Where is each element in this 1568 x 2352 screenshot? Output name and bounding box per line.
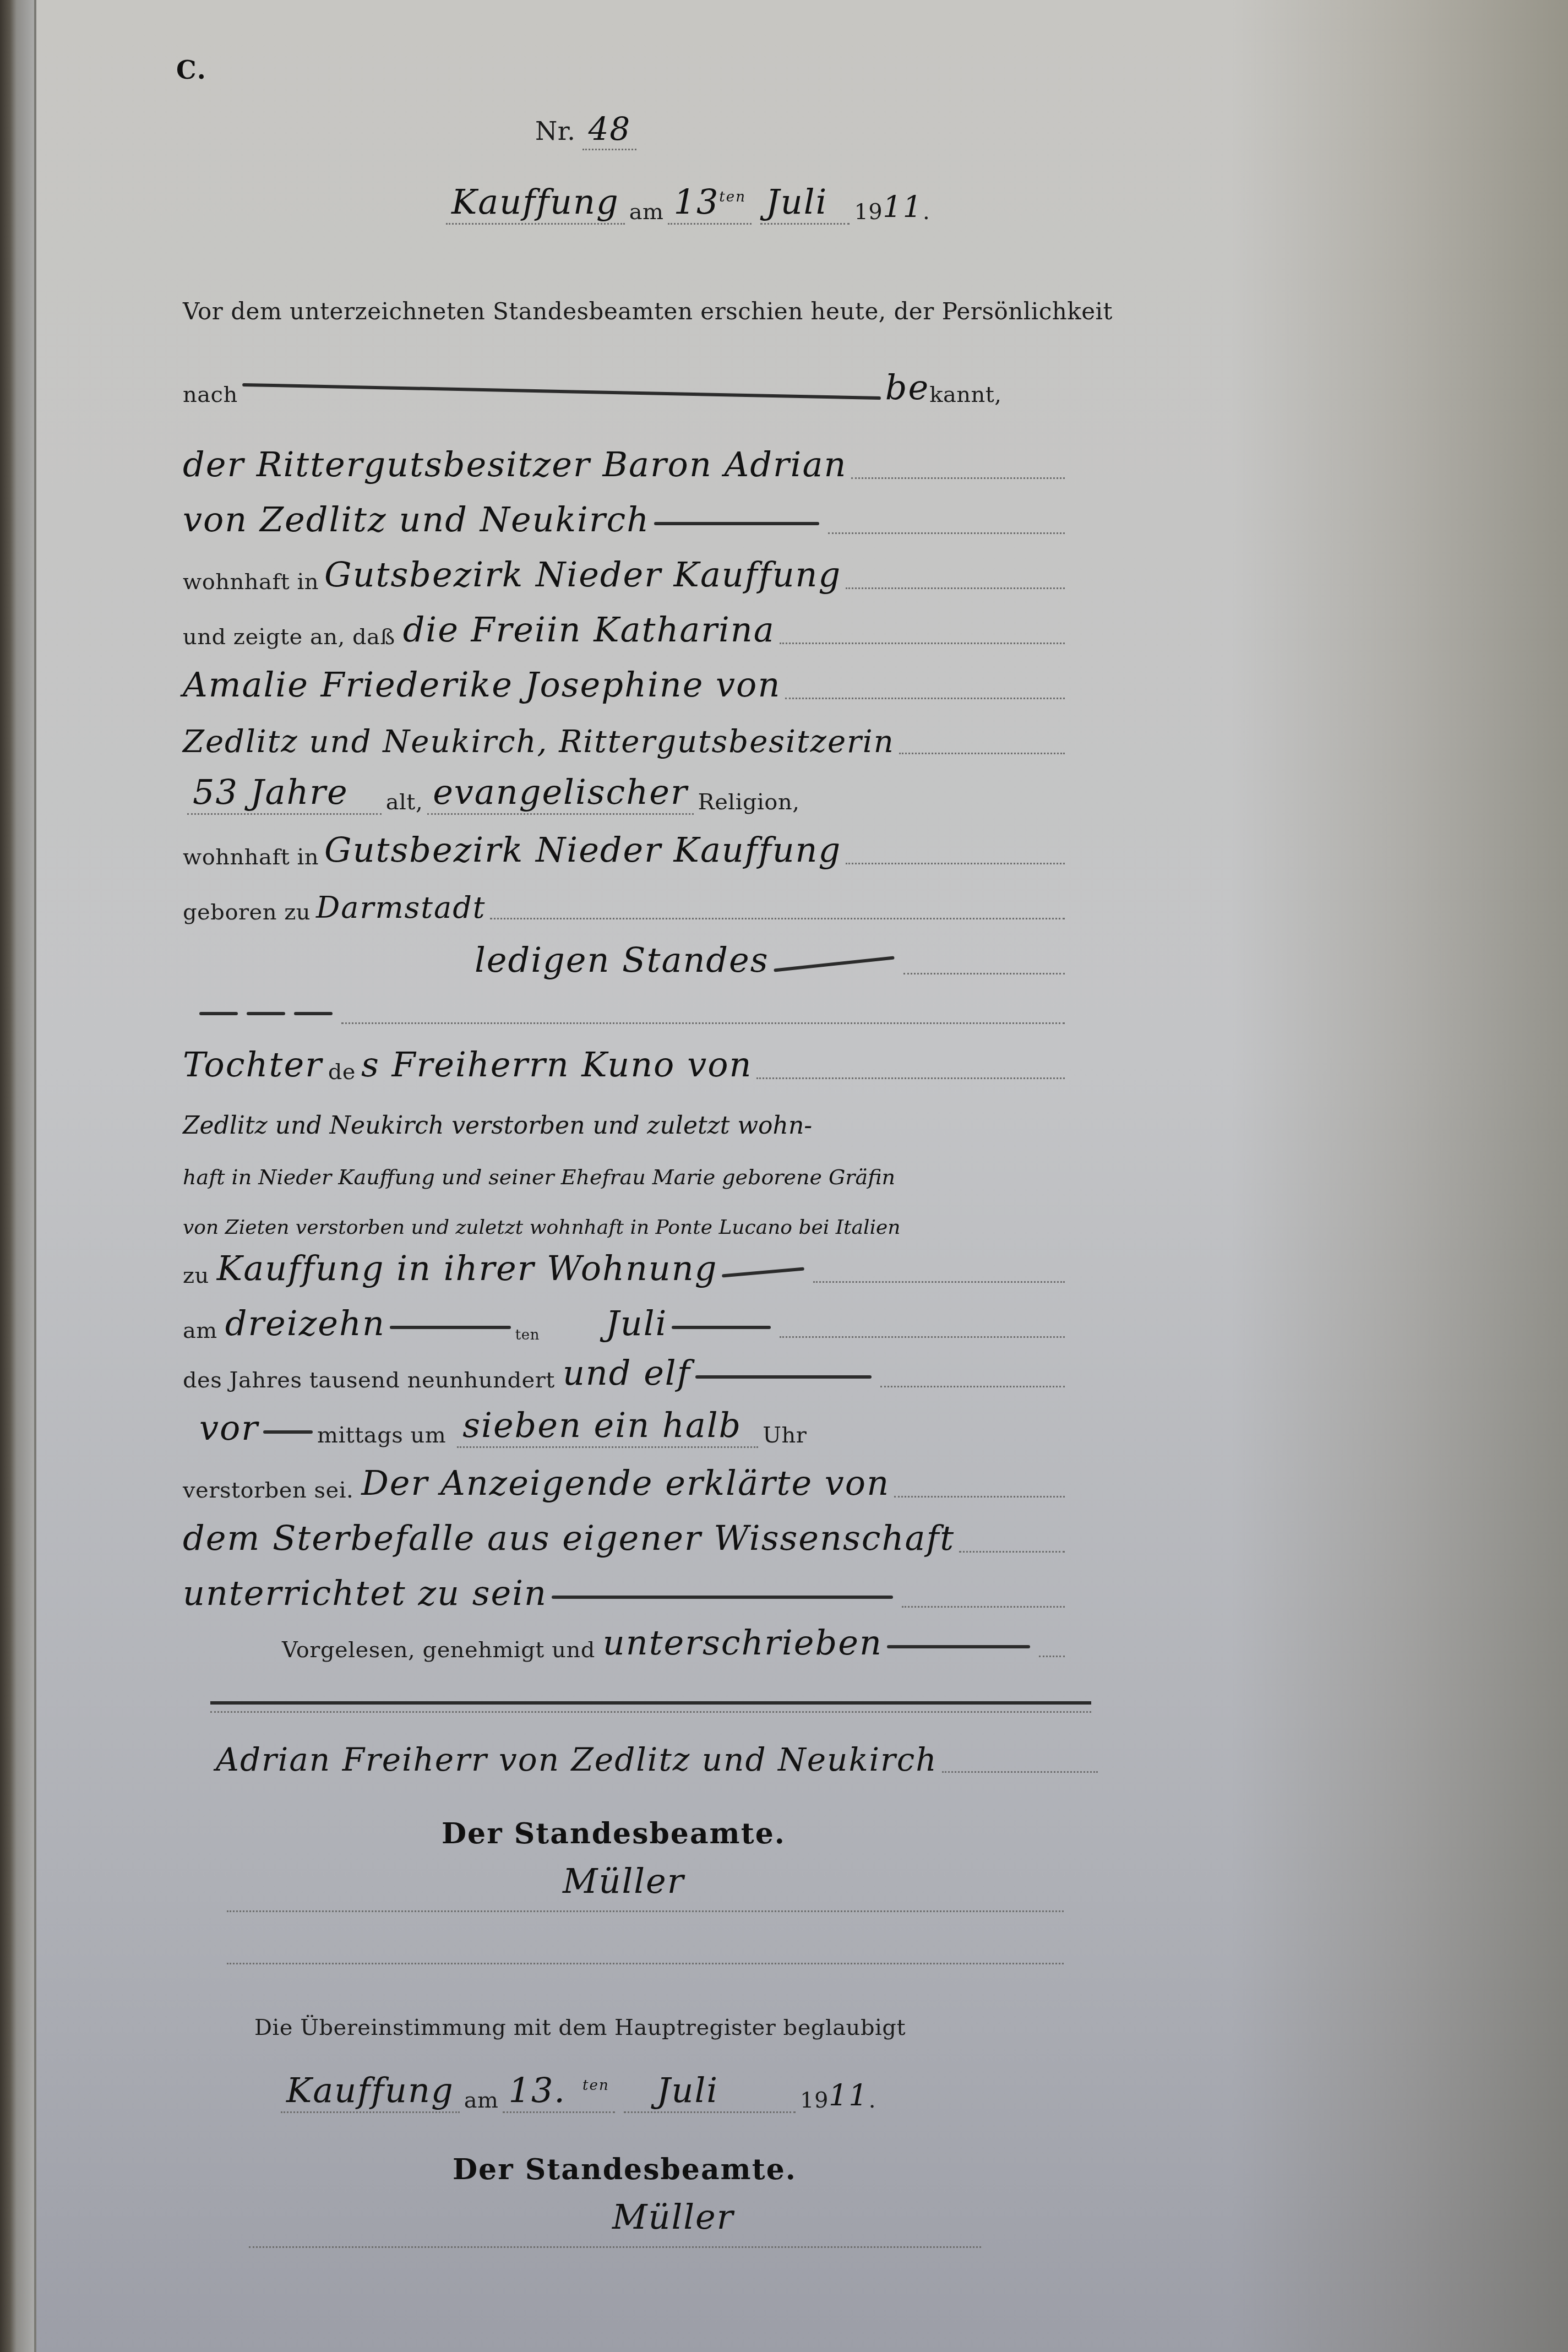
strike-line [722,1267,804,1277]
registrar-signature: Müller [563,1861,684,1901]
header-place: Kauffung [446,182,625,225]
death-day-suffix: ten [515,1327,540,1343]
bekannt-label: kannt, [929,382,1001,407]
header-am-label: am [629,199,664,225]
fill-dots [902,1605,1065,1608]
born-label: geboren zu [183,900,311,925]
strike-line [887,1645,1030,1648]
death-date-row: am dreizehn ten Juli [183,1294,1069,1343]
religion-label: Religion, [698,790,800,815]
deceased-name-2: Amalie Friederike Josephine von [183,665,781,705]
informant-residence-row: wohnhaft in Gutsbezirk Nieder Kauffung [183,545,1069,595]
record-number-label: Nr. [535,116,575,146]
dotted-rule [249,2246,981,2248]
blank-row [183,980,1069,1030]
fill-dots [780,642,1065,644]
deceased-name-row-3: Zedlitz und Neukirch, Rittergutsbesitzer… [183,710,1069,760]
deceased-birthplace: Darmstadt [316,890,486,925]
certification-am-label: am [464,2088,499,2113]
fill-dots [756,1077,1065,1079]
certification-day: 13.ten [503,2070,614,2113]
strike-line [774,956,894,972]
approval-value: unterschrieben [603,1623,883,1663]
strike-line [695,1375,872,1379]
strike-line [294,1012,333,1015]
certification-period: . [869,2088,876,2113]
residence-label: wohnhaft in [183,569,319,595]
intro-row: Vor dem unterzeichneten Standesbeamten e… [183,275,1069,325]
header-day-value: 13 [673,182,719,222]
death-day: dreizehn [225,1303,385,1343]
strike-line [552,1596,893,1599]
certification-day-suffix: ten [582,2077,609,2094]
deceased-name-row-2: Amalie Friederike Josephine von [183,655,1069,705]
parents-text: von Zieten verstorben und zuletzt wohnha… [183,1216,900,1239]
death-year-label: des Jahres tausend neunhundert [183,1368,555,1393]
fill-dots [880,1385,1065,1387]
certification-registrar-signature: Müller [612,2197,734,2237]
fill-dots [899,752,1065,754]
death-time: sieben ein halb [457,1405,758,1448]
informant-line-1: der Rittergutsbesitzer Baron Adrian [183,435,1069,484]
informant-name-2: von Zedlitz und Neukirch [183,499,650,540]
death-date-label: am [183,1318,217,1343]
approval-row: Vorgelesen, genehmigt und unterschrieben [183,1613,1069,1663]
header-period: . [923,199,930,225]
parents-text: haft in Nieder Kauffung und seiner Ehefr… [183,1165,895,1189]
header-day: 13ten [668,182,752,225]
remark-row-3: unterrichtet zu sein [183,1564,1069,1613]
deceased-intro-label: und zeigte an, daß [183,624,395,650]
remark-line-1: Der Anzeigende erklärte von [361,1463,890,1503]
dotted-rule [227,1910,1064,1912]
age-label: alt, [386,790,423,815]
remark-row-2: dem Sterbefalle aus eigener Wissenschaft [183,1509,1069,1558]
strike-line [654,522,819,525]
strike-line [263,1430,313,1434]
registrar-title: Der Standesbeamte. [442,1817,786,1850]
header-day-suffix: ten [719,189,746,205]
section-divider [210,1701,1091,1705]
fill-dots [959,1550,1065,1553]
parents-text: Tochter [183,1044,323,1085]
book-spread: C. Nr. 48 Kauffung am 13ten Juli 19 11 .… [0,0,1568,2352]
fill-dots [490,917,1065,919]
deceased-name-1: die Freiin Katharina [403,609,775,650]
parents-row-4: von Zieten verstorben und zuletzt wohnha… [183,1189,1069,1239]
deceased-name-3: Zedlitz und Neukirch, Rittergutsbesitzer… [183,724,895,760]
certification-text: Die Übereinstimmung mit dem Hauptregiste… [254,2015,906,2040]
verstorben-row: verstorben sei. Der Anzeigende erklärte … [183,1453,1069,1503]
certification-year-suffix: 11 [829,2078,869,2113]
parents-text: s Freiherrn Kuno von [361,1044,752,1085]
death-place: Kauffung in ihrer Wohnung [217,1248,718,1288]
strike-line [242,383,881,400]
death-place-row: zu Kauffung in ihrer Wohnung [183,1239,1069,1288]
fill-dots [903,972,1065,974]
uhr-label: Uhr [763,1423,807,1448]
informant-name-1: der Rittergutsbesitzer Baron Adrian [183,444,847,484]
residence-label: wohnhaft in [183,845,319,870]
register-page: C. Nr. 48 Kauffung am 13ten Juli 19 11 .… [34,0,1568,2352]
certification-day-value: 13. [508,2070,566,2110]
parents-label: de [328,1059,356,1085]
death-month: Juli [606,1303,667,1343]
death-time-row: vor mittags um sieben ein halb Uhr [183,1398,1069,1448]
header-year-prefix: 19 [854,199,883,225]
form-letter: C. [176,55,207,85]
remark-line-3: unterrichtet zu sein [183,1573,547,1613]
parents-row-1: Tochter de s Freiherrn Kuno von [183,1035,1069,1085]
fill-dots [785,697,1065,699]
fill-dots [1039,1655,1065,1657]
fill-dots [828,532,1065,534]
fill-dots [942,1771,1098,1773]
bekannt-handwritten: be [885,367,929,407]
fill-dots [851,477,1065,479]
death-place-label: zu [183,1263,209,1288]
header-year-suffix: 11 [883,190,923,225]
marital-status-row: ledigen Standes [183,930,1069,980]
parents-text: Zedlitz und Neukirch verstorben und zule… [183,1112,812,1140]
intro-text: Vor dem unterzeichneten Standesbeamten e… [183,298,1113,325]
marital-status: ledigen Standes [475,940,769,980]
fill-dots [813,1281,1065,1283]
fill-dots [846,862,1065,864]
certification-month: Juli [624,2070,796,2113]
header-date-line: Kauffung am 13ten Juli 19 11 . [442,182,930,225]
deceased-religion: evangelischer [427,772,693,815]
fill-dots [846,587,1065,589]
fill-dots [341,1022,1065,1024]
certification-registrar-title: Der Standesbeamte. [453,2153,797,2186]
fill-dots [780,1336,1065,1338]
dotted-rule [210,1711,1091,1713]
certification-date-line: Kauffung am 13.ten Juli 19 11 . [276,2070,876,2113]
parents-row-3: haft in Nieder Kauffung und seiner Ehefr… [183,1140,1069,1189]
remark-line-2: dem Sterbefalle aus eigener Wissenschaft [183,1518,955,1558]
informant-signature-row: Adrian Freiherr von Zedlitz und Neukirch [216,1729,1102,1778]
informant-signature: Adrian Freiherr von Zedlitz und Neukirch [216,1741,938,1778]
strike-line [247,1012,285,1015]
header-month: Juli [760,182,850,225]
certification-place: Kauffung [281,2070,460,2113]
death-ampm: vor [199,1408,259,1448]
certification-year-prefix: 19 [800,2088,829,2113]
strike-line [672,1326,771,1329]
record-number-value: 48 [582,110,636,150]
deceased-residence-row: wohnhaft in Gutsbezirk Nieder Kauffung [183,820,1069,870]
informant-line-2: von Zedlitz und Neukirch [183,490,1069,540]
fill-dots [894,1495,1065,1498]
death-year-row: des Jahres tausend neunhundert und elf [183,1343,1069,1393]
identity-row: nach be kannt, [183,358,1069,407]
deceased-residence: Gutsbezirk Nieder Kauffung [324,830,841,870]
deceased-age: 53 Jahre [187,772,382,815]
verstorben-label: verstorben sei. [183,1478,353,1503]
death-year: und elf [563,1353,691,1393]
deceased-age-row: 53 Jahre alt, evangelischer Religion, [183,765,1069,815]
approval-label: Vorgelesen, genehmigt und [282,1637,595,1663]
nach-label: nach [183,382,238,407]
birthplace-row: geboren zu Darmstadt [183,875,1069,925]
deceased-intro-row: und zeigte an, daß die Freiin Katharina [183,600,1069,650]
strike-line [199,1012,238,1015]
strike-line [390,1326,511,1329]
death-time-label: mittags um [317,1423,446,1448]
parents-row-2: Zedlitz und Neukirch verstorben und zule… [183,1090,1069,1140]
record-number: Nr. 48 [535,110,641,148]
page-edge [34,0,36,2352]
informant-residence: Gutsbezirk Nieder Kauffung [324,554,841,595]
dotted-rule [227,1963,1064,1964]
